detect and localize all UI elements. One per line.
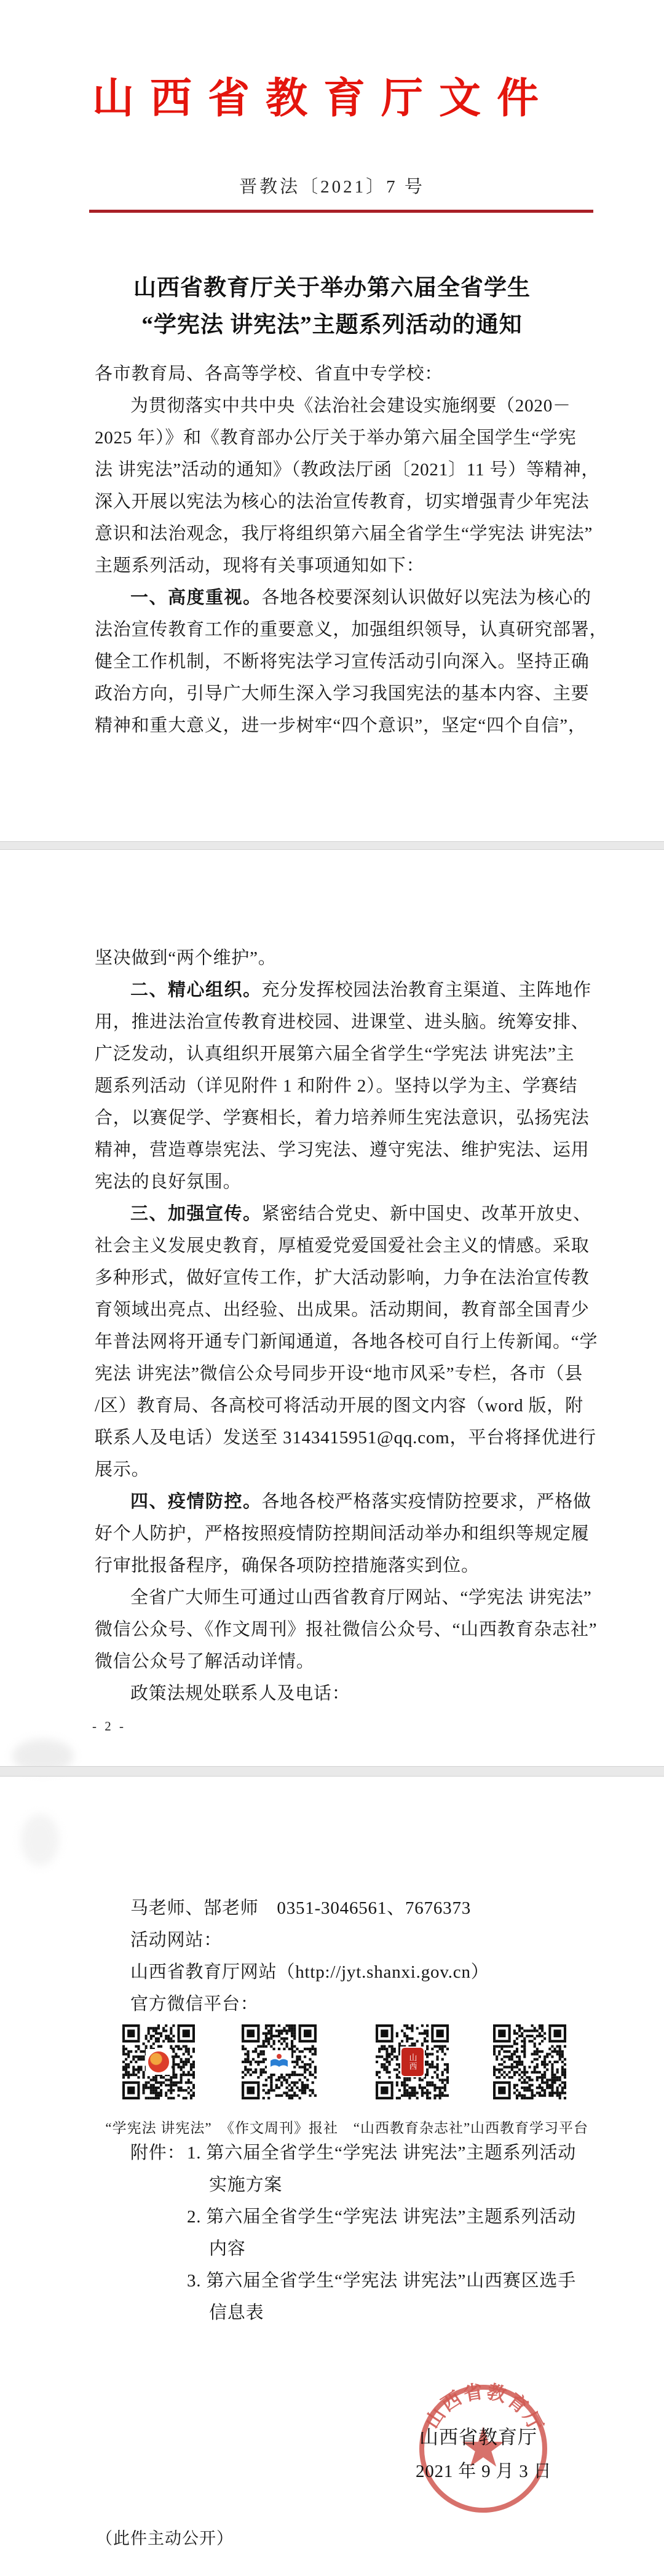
section-4-text: 各地各校严格落实疫情防控要求，严格做 xyxy=(262,1492,591,1512)
body-line: /区）教育局、各高校可将活动开展的图文内容（word 版，附 xyxy=(95,1395,583,1417)
body-line: 微信公众号了解活动详情。 xyxy=(95,1651,315,1673)
qr-code-xuexianfa xyxy=(122,2024,195,2099)
qr-code-shanxijiaoyu-zazhishe: 山西 xyxy=(376,2024,449,2099)
section-3-heading: 三、加强宣传。 xyxy=(130,1204,262,1224)
body-line: 微信公众号、《作文周刊》报社微信公众号、“山西教育杂志社” xyxy=(95,1619,597,1641)
qr-code-zuowenzhoukan xyxy=(242,2024,317,2099)
attachment-item-3-cont: 信息表 xyxy=(209,2302,264,2324)
proactive-disclosure-note: （此件主动公开） xyxy=(96,2527,234,2550)
body-line: 深入开展以宪法为核心的法治宣传教育，切实增强青少年宪法 xyxy=(95,491,590,513)
body-line: 精神，营造尊崇宪法、学习宪法、遵守宪法、维护宪法、运用 xyxy=(95,1139,590,1161)
attachment-item-3: 3. 第六届全省学生“学宪法 讲宪法”山西赛区选手 xyxy=(187,2270,576,2292)
body-line: 精神和重大意义，进一步树牢“四个意识”，坚定“四个自信”， xyxy=(95,715,587,737)
body-line-section-3: 三、加强宣传。紧密结合党史、新中国史、改革开放史、 xyxy=(130,1203,591,1225)
document-number: 晋教法〔2021〕7 号 xyxy=(0,173,664,198)
law-sun-red-logo-icon xyxy=(147,2050,170,2074)
section-1-text: 各地各校要深刻认识做好以宪法为核心的 xyxy=(262,588,591,608)
body-line: 宪法 讲宪法”微信公众号同步开设“地市风采”专栏，各市（县 xyxy=(95,1363,583,1385)
page-separator xyxy=(0,841,664,850)
attachments-label: 附件： xyxy=(130,2142,185,2164)
body-line: 为贯彻落实中共中央《法治社会建设实施纲要（2020－ xyxy=(130,395,571,417)
website-line: 山西省教育厅网站（http://jyt.shanxi.gov.cn） xyxy=(130,1961,489,1983)
scanned-official-document: 山西省教育厅文件 晋教法〔2021〕7 号 山西省教育厅关于举办第六届全省学生 … xyxy=(0,0,664,2576)
body-line: 意识和法治观念，我厅将组织第六届全省学生“学宪法 讲宪法” xyxy=(95,523,593,545)
official-seal-stamp-icon: 山西省教育厅 xyxy=(409,2376,557,2524)
attachment-item-1-cont: 实施方案 xyxy=(209,2174,282,2196)
letterhead-rule xyxy=(89,210,593,213)
qr-code-shanxi-learning-platform xyxy=(493,2024,566,2099)
blue-book-logo-icon xyxy=(268,2051,290,2072)
contact-line: 马老师、郜老师 0351-3046561、7676373 xyxy=(130,1897,471,1919)
qr-caption: 山西教育学习平台 xyxy=(449,2117,609,2137)
law-sun-red-logo-icon xyxy=(146,2049,172,2075)
letterhead-title: 山西省教育厅文件 xyxy=(0,65,655,125)
body-line-section-2: 二、精心组织。充分发挥校园法治教育主渠道、主阵地作 xyxy=(130,979,591,1001)
page-number: - 2 - xyxy=(92,1719,126,1734)
body-line: 社会主义发展史教育，厚植爱党爱国爱社会主义的情感。采取 xyxy=(95,1235,590,1257)
body-line: 坚决做到“两个维护”。 xyxy=(95,947,277,969)
body-line: 2025 年）》和《教育部办公厅关于举办第六届全国学生“学宪 xyxy=(95,427,577,449)
page-separator xyxy=(0,1766,664,1777)
body-line: 行审批报备程序，确保各项防控措施落实到位。 xyxy=(95,1555,480,1577)
body-line: 好个人防护，严格按照疫情防控期间活动举办和组织等规定履 xyxy=(95,1523,590,1545)
section-3-text: 紧密结合党史、新中国史、改革开放史、 xyxy=(262,1204,591,1224)
attachment-item-2-cont: 内容 xyxy=(209,2238,246,2260)
attachment-item-2: 2. 第六届全省学生“学宪法 讲宪法”主题系列活动 xyxy=(187,2206,576,2228)
qr-pattern xyxy=(493,2024,566,2099)
shanxi-red-seal-logo-icon: 山西 xyxy=(401,2048,424,2076)
body-line: 多种形式，做好宣传工作，扩大活动影响，力争在法治宣传教 xyxy=(95,1267,590,1289)
body-line: 主题系列活动，现将有关事项通知如下： xyxy=(95,555,424,577)
blue-book-logo-icon xyxy=(267,2050,291,2074)
body-line: 展示。 xyxy=(95,1459,149,1481)
scan-smudge xyxy=(21,1814,59,1866)
body-line: 联系人及电话）发送至 3143415951@qq.com，平台将择优进行 xyxy=(95,1427,596,1449)
body-line: 法治宣传教育工作的重要意义，加强组织领导，认真研究部署， xyxy=(95,619,607,641)
body-line: 年普法网将开通专门新闻通道，各地各校可自行上传新闻。“学 xyxy=(95,1331,598,1353)
body-line: 合，以赛促学、学赛相长，着力培养师生宪法意识，弘扬宪法 xyxy=(95,1107,590,1129)
section-1-heading: 一、高度重视。 xyxy=(130,588,262,608)
document-title-line1: 山西省教育厅关于举办第六届全省学生 xyxy=(0,269,664,302)
body-line: 广泛发动，认真组织开展第六届全省学生“学宪法 讲宪法”主 xyxy=(95,1043,574,1065)
wechat-platform-label: 官方微信平台： xyxy=(130,1993,259,2015)
body-line: 题系列活动（详见附件 1 和附件 2）。坚持以学为主、学赛结 xyxy=(95,1075,577,1097)
body-line: 育领域出亮点、出经验、出成果。活动期间，教育部全国青少 xyxy=(95,1299,590,1321)
body-line: 法 讲宪法”活动的通知》（教政法厅函〔2021〕11 号）等精神， xyxy=(95,459,599,481)
body-line: 用，推进法治宣传教育进校园、进课堂、进头脑。统筹安排、 xyxy=(95,1011,590,1033)
section-2-text: 充分发挥校园法治教育主渠道、主阵地作 xyxy=(262,980,591,1000)
shanxi-red-seal-logo-icon: 山西 xyxy=(400,2047,425,2077)
attachment-item-1: 1. 第六届全省学生“学宪法 讲宪法”主题系列活动 xyxy=(187,2142,576,2164)
section-2-heading: 二、精心组织。 xyxy=(130,980,262,1000)
body-line: 健全工作机制，不断将宪法学习宣传活动引向深入。坚持正确 xyxy=(95,651,590,673)
body-line-section-1: 一、高度重视。各地各校要深刻认识做好以宪法为核心的 xyxy=(130,587,591,609)
website-label: 活动网站： xyxy=(130,1929,222,1951)
document-title-line2: “学宪法 讲宪法”主题系列活动的通知 xyxy=(0,306,664,339)
body-line: 政策法规处联系人及电话： xyxy=(130,1682,350,1705)
body-line: 宪法的良好氛围。 xyxy=(95,1171,241,1193)
body-line: 全省广大师生可通过山西省教育厅网站、“学宪法 讲宪法” xyxy=(130,1587,592,1609)
body-line: 各市教育局、各高等学校、省直中专学校： xyxy=(95,363,443,385)
section-4-heading: 四、疫情防控。 xyxy=(130,1492,262,1512)
body-line: 政治方向，引导广大师生深入学习我国宪法的基本内容、主要 xyxy=(95,683,590,705)
body-line-section-4: 四、疫情防控。各地各校严格落实疫情防控要求，严格做 xyxy=(130,1491,591,1513)
